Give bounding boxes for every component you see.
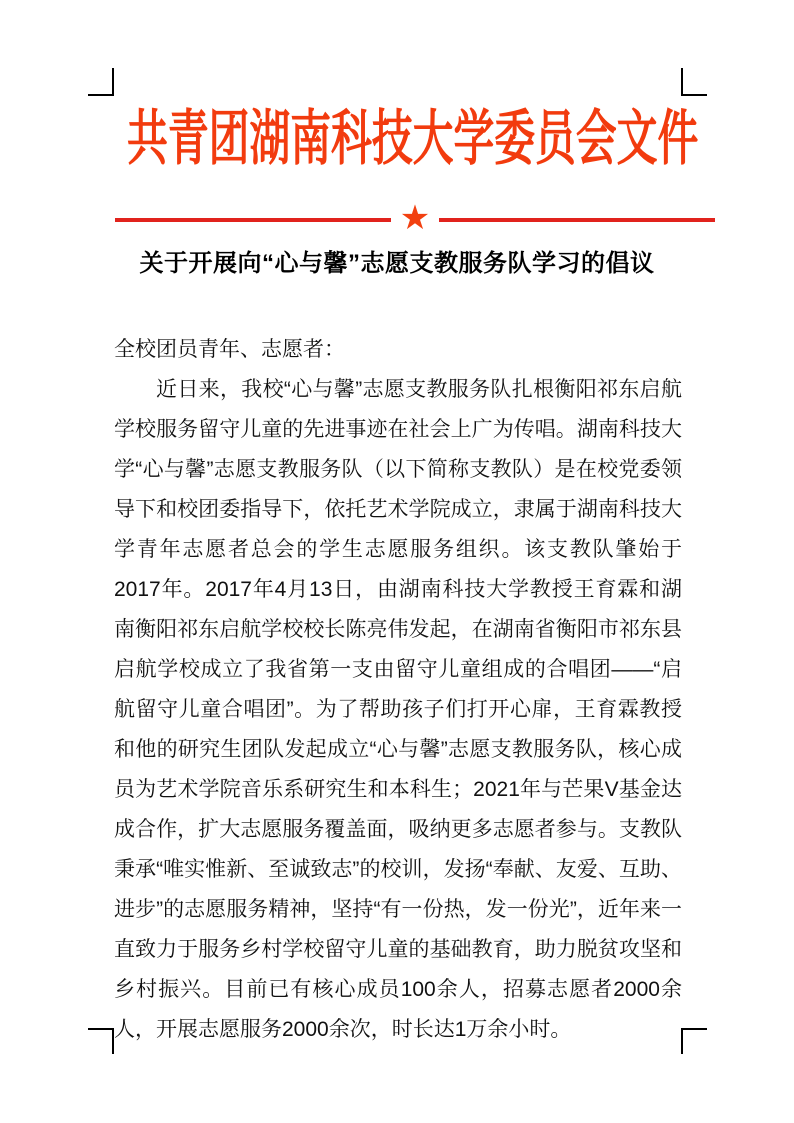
body-paragraph: 近日来，我校“心与馨”志愿支教服务队扎根衡阳祁东启航学校服务留守儿童的先进事迹在… (114, 370, 682, 1050)
document-page: 共青团湖南科技大学委员会文件 ★ 关于开展向“心与馨”志愿支教服务队学习的倡议 … (0, 0, 794, 1123)
star-icon: ★ (400, 201, 430, 235)
letterhead-divider: ★ (115, 202, 715, 238)
crop-mark-top-right-icon (681, 68, 707, 96)
document-title: 关于开展向“心与馨”志愿支教服务队学习的倡议 (0, 248, 794, 280)
divider-line-right (439, 218, 715, 222)
document-body: 全校团员青年、志愿者： 近日来，我校“心与馨”志愿支教服务队扎根衡阳祁东启航学校… (114, 330, 682, 1050)
crop-mark-bottom-left-icon (88, 1028, 114, 1054)
crop-mark-top-left-icon (88, 68, 114, 96)
greeting: 全校团员青年、志愿者： (114, 330, 682, 370)
letterhead-title: 共青团湖南科技大学委员会文件 (127, 106, 667, 172)
crop-mark-bottom-right-icon (681, 1028, 707, 1054)
divider-line-left (115, 218, 391, 222)
